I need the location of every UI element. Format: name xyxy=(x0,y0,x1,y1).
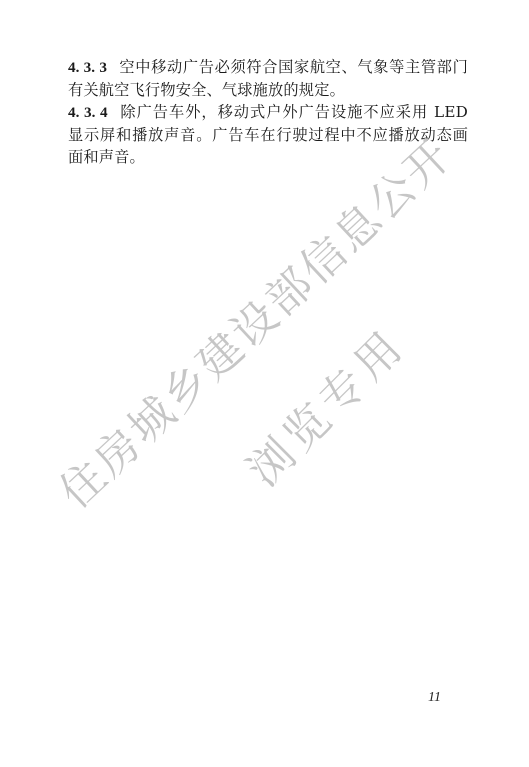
clause-4-3-3: 4. 3. 3空中移动广告必须符合国家航空、气象等主管部门有关航空飞行物安全、气… xyxy=(68,56,468,101)
clause-text: 空中移动广告必须符合国家航空、气象等主管部门有关航空飞行物安全、气球施放的规定。 xyxy=(68,58,468,99)
clause-number: 4. 3. 3 xyxy=(68,59,107,76)
document-page: 4. 3. 3空中移动广告必须符合国家航空、气象等主管部门有关航空飞行物安全、气… xyxy=(0,0,529,767)
page-number: 11 xyxy=(428,690,441,706)
watermark-line-1: 住房城乡建设部信息公开 xyxy=(42,121,464,520)
clause-number: 4. 3. 4 xyxy=(68,104,108,121)
page-content: 4. 3. 3空中移动广告必须符合国家航空、气象等主管部门有关航空飞行物安全、气… xyxy=(68,56,468,168)
watermark-line-2: 浏览专用 xyxy=(231,311,418,498)
clause-text: 除广告车外，移动式户外广告设施不应采用 LED 显示屏和播放声音。广告车在行驶过… xyxy=(68,103,468,166)
clause-4-3-4: 4. 3. 4除广告车外，移动式户外广告设施不应采用 LED 显示屏和播放声音。… xyxy=(68,101,468,168)
